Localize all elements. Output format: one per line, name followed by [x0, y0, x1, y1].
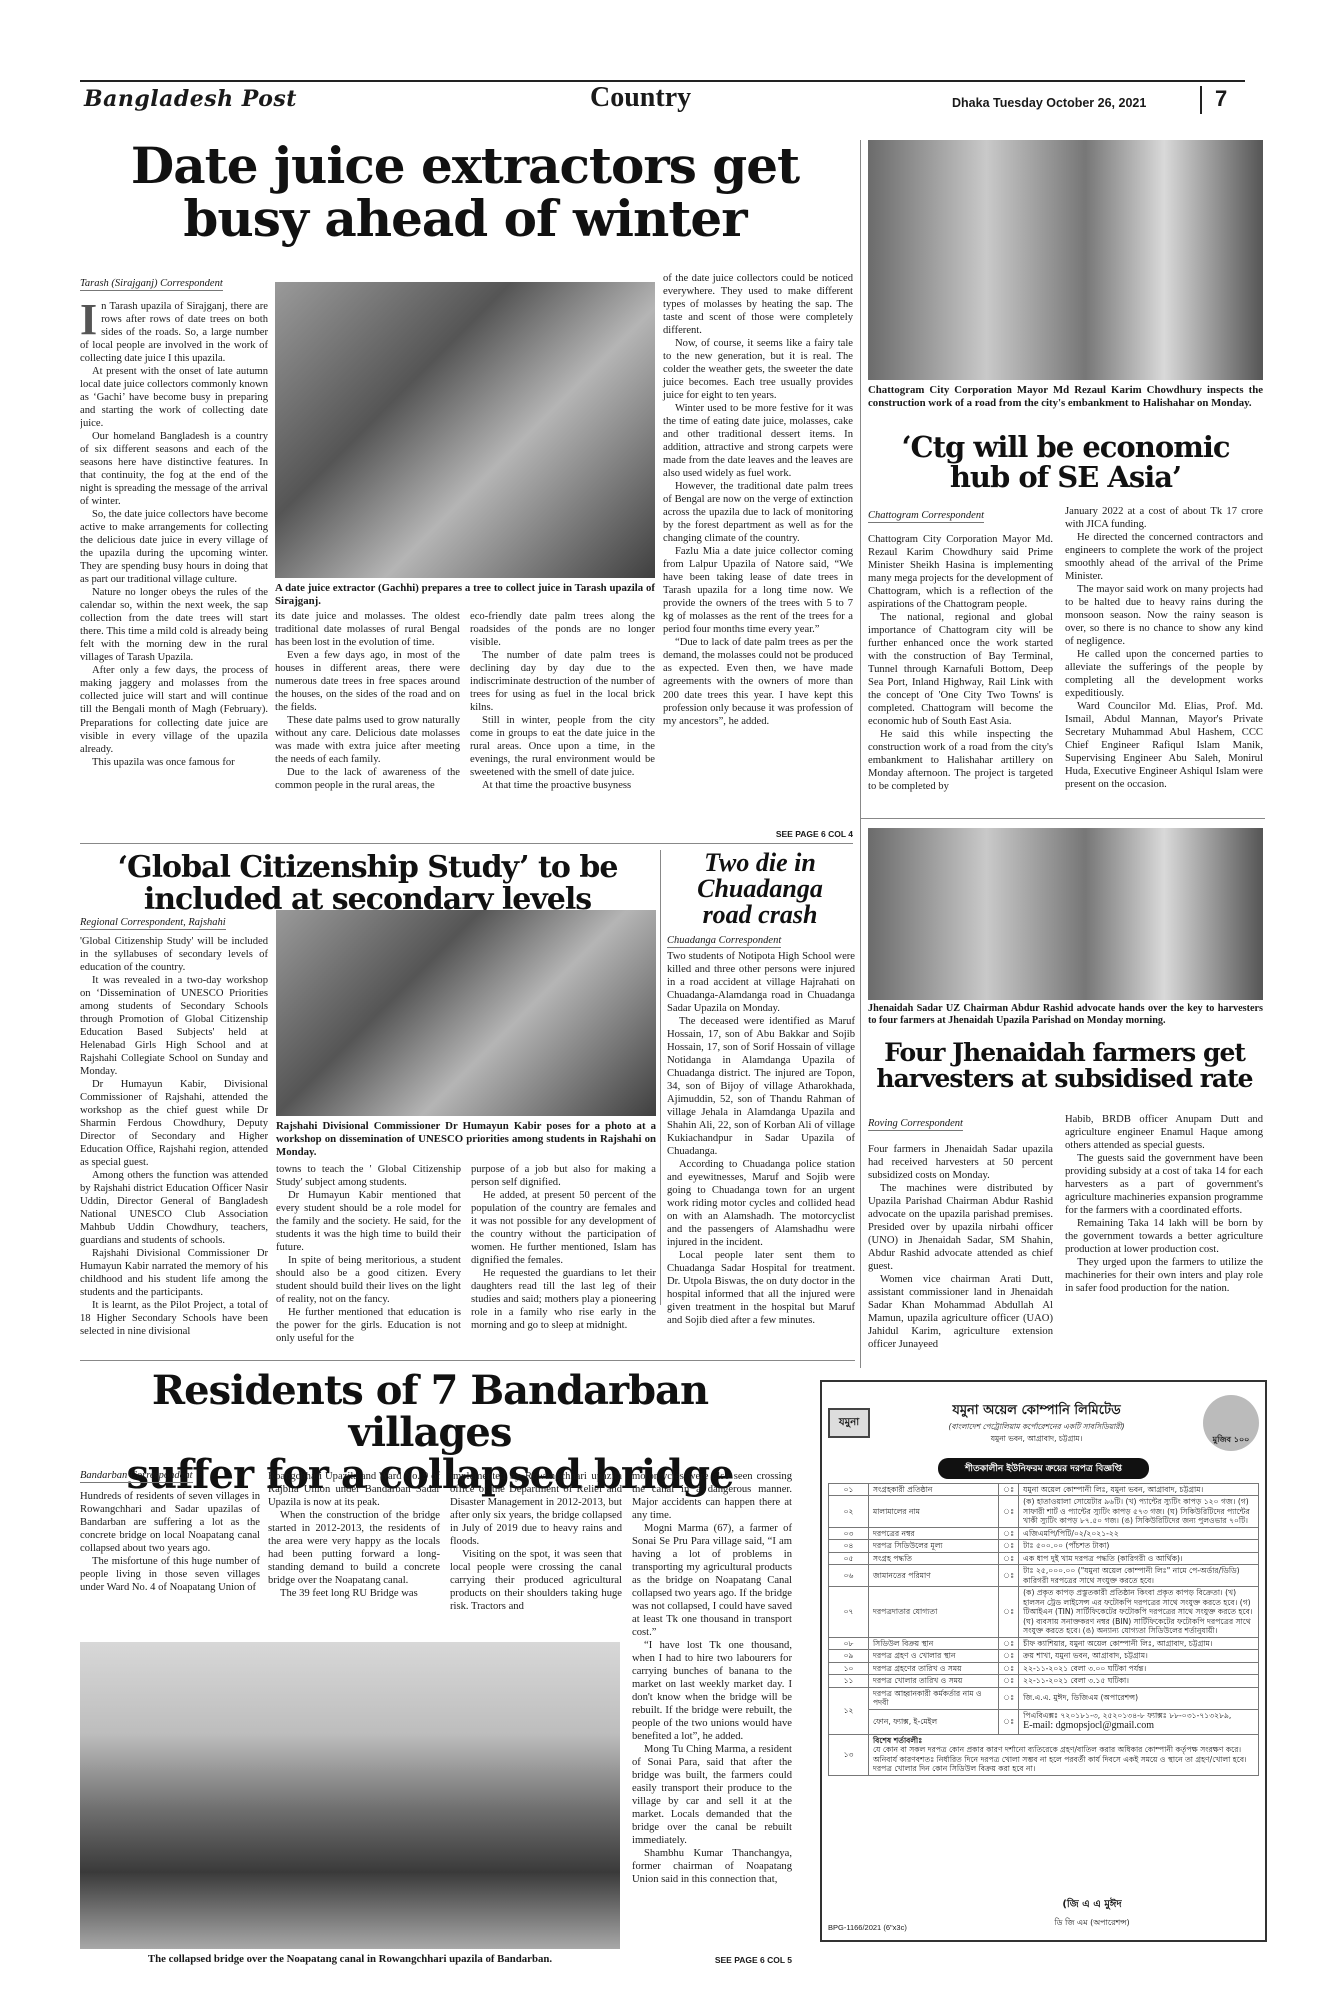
- story3-column-1: 'Global Citizenship Study' will be inclu…: [80, 935, 268, 1338]
- story6-photo-caption: The collapsed bridge over the Noapatang …: [80, 1953, 620, 1966]
- paragraph: At that time the proactive busyness: [470, 779, 655, 792]
- table-row: ০৬জামানতের পরিমাণঃটাঃ ২৫,০০০.০০ ("যমুনা …: [829, 1565, 1259, 1587]
- byline: Chuadanga Correspondent: [667, 935, 781, 948]
- row-number: ০৪: [829, 1540, 869, 1552]
- story4-byline-wrap: Chuadanga Correspondent: [667, 930, 781, 948]
- dateline: Dhaka Tuesday October 26, 2021: [952, 96, 1146, 110]
- paragraph: eco-friendly date palm trees along the r…: [470, 610, 655, 649]
- row-number: ০২: [829, 1496, 869, 1527]
- signature-name: (জি এ এ মুঈদ: [992, 1897, 1192, 1914]
- headline-line: Residents of 7 Bandarban villages: [80, 1370, 780, 1454]
- table-row: ১২দরপত্র আহ্বানকারী কর্মকর্তার নাম ও পদব…: [829, 1687, 1259, 1709]
- paragraph: towns to teach the ' Global Citizenship …: [276, 1163, 461, 1189]
- paragraph: Due to the lack of awareness of the comm…: [275, 766, 460, 792]
- paragraph: He requested the guardians to let their …: [471, 1267, 656, 1332]
- unesco-workshop-photo: [276, 910, 656, 1116]
- ad-reference: BPG-1166/2021 (6"x3c): [828, 1923, 907, 1932]
- paragraph: its date juice and molasses. The oldest …: [275, 610, 460, 649]
- paragraph: Now, of course, it seems like a fairy ta…: [663, 337, 853, 402]
- paragraph: Four farmers in Jhenaidah Sadar upazila …: [868, 1143, 1053, 1182]
- collapsed-bridge-photo: [80, 1642, 620, 1949]
- story6-column-1: Hundreds of residents of seven villages …: [80, 1490, 260, 1594]
- story3-byline-wrap: Regional Correspondent, Rajshahi: [80, 912, 226, 930]
- paragraph: Nature no longer obeys the rules of the …: [80, 586, 268, 664]
- paragraph: Ward Councilor Md. Elias, Prof. Md. Isma…: [1065, 700, 1263, 791]
- story1-byline-wrap: Tarash (Sirajganj) Correspondent: [80, 273, 223, 291]
- newspaper-logo: Bangladesh Post: [84, 86, 297, 112]
- story3-column-2: towns to teach the ' Global Citizenship …: [276, 1163, 461, 1345]
- divider: [860, 818, 1265, 819]
- paragraph: Hundreds of residents of seven villages …: [80, 1490, 260, 1555]
- table-row: ১১দরপত্র খোলার তারিখ ও সময়ঃ২২-১১-২০২১ ব…: [829, 1675, 1259, 1687]
- headline-line: harvesters at subsidised rate: [862, 1066, 1267, 1092]
- row-value: ক্রয় শাখা, যমুনা ভবন, আগ্রাবাদ, চট্টগ্র…: [1019, 1650, 1259, 1662]
- tender-title: শীতকালীন ইউনিফরম ক্রয়ের দরপত্র বিজ্ঞপ্ত…: [938, 1458, 1149, 1479]
- table-row: ০২মালামালের নামঃ(ক) হাতাওয়ালা সোয়েটার …: [829, 1496, 1259, 1527]
- paragraph: The 39 feet long RU Bridge was: [268, 1587, 440, 1600]
- row-number: ০৭: [829, 1587, 869, 1637]
- row-label: সংগ্রহকারী প্রতিষ্ঠান: [869, 1484, 999, 1496]
- row-label: দরপত্র গ্রহণের তারিখ ও সময়: [869, 1662, 999, 1674]
- paragraph: Rajshahi Divisional Commissioner Dr Huma…: [80, 1247, 268, 1299]
- paragraph: implemented by Rowangchhari upazila offi…: [450, 1470, 622, 1548]
- story6-continuation-link[interactable]: SEE PAGE 6 COL 5: [632, 1955, 792, 1965]
- headline-line: Two die in: [665, 850, 855, 876]
- headline-line: hub of SE Asia’: [868, 462, 1263, 492]
- paragraph: n Tarash upazila of Sirajganj, there are…: [80, 300, 268, 365]
- column-divider: [860, 828, 861, 1368]
- row-number: ১২: [829, 1687, 869, 1734]
- paragraph: It was revealed in a two-day workshop on…: [80, 974, 268, 1078]
- paragraph: They urged upon the farmers to utilize t…: [1065, 1256, 1263, 1295]
- paragraph: “I have lost Tk one thousand, when I had…: [632, 1639, 792, 1743]
- story1-column-1: I n Tarash upazila of Sirajganj, there a…: [80, 300, 268, 840]
- story3-photo-caption: Rajshahi Divisional Commissioner Dr Huma…: [276, 1120, 656, 1159]
- row-value: এজিএমপি/পিটি/০২/২০২১-২২: [1019, 1527, 1259, 1539]
- byline: Chattogram Correspondent: [868, 510, 984, 523]
- paragraph: These date palms used to grow naturally …: [275, 714, 460, 766]
- row-number: ০৩: [829, 1527, 869, 1539]
- paragraph: The deceased were identified as Maruf Ho…: [667, 1015, 855, 1158]
- row-value: ২২-১১-২০২১ বেলা ৩.১৫ ঘটিকা।: [1019, 1675, 1259, 1687]
- story1-photo-caption: A date juice extractor (Gachhi) prepares…: [275, 582, 655, 608]
- headline-line: Chuadanga: [665, 876, 855, 902]
- column-divider: [660, 850, 661, 1305]
- paragraph: Among others the function was attended b…: [80, 1169, 268, 1247]
- row-separator: ঃ: [999, 1484, 1019, 1496]
- story6-column-3: implemented by Rowangchhari upazila offi…: [450, 1470, 622, 1613]
- tender-notice-ad: যমুনা যমুনা অয়েল কোম্পানি লিমিটেড (বাংল…: [820, 1380, 1267, 1942]
- phone-fax: পিএবিএক্সঃ ৭২০১৮১-৩, ২৫২০১৩৪-৮ ফ্যাক্সঃ …: [1023, 1711, 1254, 1720]
- headline-line: Date juice extractors get: [80, 140, 850, 193]
- table-row: ০১সংগ্রহকারী প্রতিষ্ঠানঃযমুনা অয়েল কোম্…: [829, 1484, 1259, 1496]
- story6-byline-wrap: Bandarban Correspondent: [80, 1465, 193, 1483]
- paragraph: Dr Humayun Kabir, Divisional Commissione…: [80, 1078, 268, 1169]
- column-divider: [860, 140, 861, 835]
- story2-column-1: Chattogram City Corporation Mayor Md. Re…: [868, 533, 1053, 793]
- story5-column-1: Four farmers in Jhenaidah Sadar upazila …: [868, 1143, 1053, 1351]
- paragraph: The misfortune of this huge number of pe…: [80, 1555, 260, 1594]
- paragraph: In spite of being meritorious, a student…: [276, 1254, 461, 1306]
- paragraph: Two students of Notipota High School wer…: [667, 950, 855, 1015]
- row-separator: ঃ: [999, 1650, 1019, 1662]
- divider: [80, 1360, 855, 1361]
- paragraph: “Due to lack of date palm trees as per t…: [663, 636, 853, 727]
- paragraph: However, the traditional date palm trees…: [663, 480, 853, 545]
- row-separator: ঃ: [999, 1637, 1019, 1649]
- row-value: (ক) হাতাওয়ালা সোয়েটার ৯৬টি। (খ) প্যান্…: [1019, 1496, 1259, 1527]
- headline-line: road crash: [665, 902, 855, 928]
- company-address: যমুনা ভবন, আগ্রাবাদ, চট্টগ্রাম।: [870, 1434, 1203, 1446]
- table-row: ১০দরপত্র গ্রহণের তারিখ ও সময়ঃ২২-১১-২০২১…: [829, 1662, 1259, 1674]
- paragraph: Visiting on the spot, it was seen that l…: [450, 1548, 622, 1613]
- byline: Bandarban Correspondent: [80, 1470, 193, 1483]
- company-subtitle: (বাংলাদেশ পেট্রোলিয়াম কর্পোরেশনের একটি …: [870, 1422, 1203, 1434]
- row-label: দরপত্রদাতার যোগ্যতা: [869, 1587, 999, 1637]
- table-row: ১৩বিশেষ শর্তাবলীঃযে কোন বা সকল দরপত্র কো…: [829, 1734, 1259, 1775]
- harvester-handover-photo: [868, 828, 1263, 1000]
- company-name: যমুনা অয়েল কোম্পানি লিমিটেড: [870, 1401, 1203, 1422]
- row-label: সিডিউল বিক্রয় স্থান: [869, 1637, 999, 1649]
- paragraph: At present with the onset of late autumn…: [80, 365, 268, 430]
- paragraph: The guests said the government have been…: [1065, 1152, 1263, 1217]
- row-number: ১০: [829, 1662, 869, 1674]
- row-value: পিএবিএক্সঃ ৭২০১৮১-৩, ২৫২০১৩৪-৮ ফ্যাক্সঃ …: [1019, 1709, 1259, 1734]
- row-label: সংগ্রহ পদ্ধতি: [869, 1552, 999, 1564]
- row-label: জামানতের পরিমাণ: [869, 1565, 999, 1587]
- paragraph: Even a few days ago, in most of the hous…: [275, 649, 460, 714]
- row-label: দরপত্র গ্রহণ ও খোলার স্থান: [869, 1650, 999, 1662]
- headline-line: Four Jhenaidah farmers get: [862, 1040, 1267, 1066]
- paragraph: After only a few days, the process of ma…: [80, 664, 268, 755]
- row-number: ০৮: [829, 1637, 869, 1649]
- row-separator: ঃ: [999, 1687, 1019, 1709]
- paragraph: Mogni Marma (67), a farmer of Sonai Se P…: [632, 1522, 792, 1639]
- paragraph: 'Global Citizenship Study' will be inclu…: [80, 935, 268, 974]
- story5-photo-caption: Jhenaidah Sadar UZ Chairman Abdur Rashid…: [868, 1003, 1263, 1027]
- row-label: দরপত্রের নম্বর: [869, 1527, 999, 1539]
- table-row: ০৫সংগ্রহ পদ্ধতিঃএক ধাপ দুই খাম দরপত্র পদ…: [829, 1552, 1259, 1564]
- table-row: ০৭দরপত্রদাতার যোগ্যতাঃ(ক) প্রকৃত কাপড় প…: [829, 1587, 1259, 1637]
- paragraph: When the construction of the bridge star…: [268, 1509, 440, 1587]
- paragraph: This upazila was once famous for: [80, 756, 268, 769]
- table-row: ০৮সিডিউল বিক্রয় স্থানঃচীফ ক্যাশিয়ার, য…: [829, 1637, 1259, 1649]
- story4-headline: Two die in Chuadanga road crash: [665, 850, 855, 928]
- paragraph: The mayor said work on many projects had…: [1065, 583, 1263, 648]
- story1-continuation-link[interactable]: SEE PAGE 6 COL 4: [663, 829, 853, 839]
- paragraph: Women vice chairman Arati Dutt, assistan…: [868, 1273, 1053, 1351]
- row-value: এক ধাপ দুই খাম দরপত্র পদ্ধতি (কারিগরী ও …: [1019, 1552, 1259, 1564]
- row-separator: ঃ: [999, 1496, 1019, 1527]
- paragraph: He further mentioned that education is t…: [276, 1306, 461, 1345]
- byline: Tarash (Sirajganj) Correspondent: [80, 278, 223, 291]
- paragraph: The number of date palm trees is declini…: [470, 649, 655, 714]
- story4-column-1: Two students of Notipota High School wer…: [667, 950, 855, 1327]
- paragraph: Winter used to be more festive for it wa…: [663, 402, 853, 480]
- paragraph: Our homeland Bangladesh is a country of …: [80, 430, 268, 508]
- row-value: চীফ ক্যাশিয়ার, যমুনা অয়েল কোম্পানী লিঃ…: [1019, 1637, 1259, 1649]
- story1-headline: Date juice extractors get busy ahead of …: [80, 140, 850, 245]
- story2-photo-caption: Chattogram City Corporation Mayor Md Rez…: [868, 384, 1263, 410]
- table-row: ফোন, ফ্যাক্স, ই-মেইলঃপিএবিএক্সঃ ৭২০১৮১-৩…: [829, 1709, 1259, 1734]
- paragraph: January 2022 at a cost of about Tk 17 cr…: [1065, 505, 1263, 531]
- tender-table: ০১সংগ্রহকারী প্রতিষ্ঠানঃযমুনা অয়েল কোম্…: [828, 1483, 1259, 1776]
- table-row: ০৩দরপত্রের নম্বরঃএজিএমপি/পিটি/০২/২০২১-২২: [829, 1527, 1259, 1539]
- paragraph: He called upon the concerned parties to …: [1065, 648, 1263, 700]
- divider: [80, 843, 853, 844]
- row-separator: ঃ: [999, 1552, 1019, 1564]
- paragraph: He added, at present 50 percent of the p…: [471, 1189, 656, 1267]
- special-terms-label: বিশেষ শর্তাবলীঃ: [873, 1736, 1254, 1745]
- story2-byline-wrap: Chattogram Correspondent: [868, 505, 984, 523]
- paragraph: It is learnt, as the Pilot Project, a to…: [80, 1299, 268, 1338]
- mujib-100-emblem: মুজিব ১০০: [1203, 1395, 1259, 1451]
- special-terms-text: যে কোন বা সকল দরপত্র কোন প্রকার কারণ দর্…: [873, 1745, 1254, 1773]
- story3-column-3: purpose of a job but also for making a p…: [471, 1163, 656, 1332]
- page-number-divider: [1200, 86, 1202, 114]
- paragraph: motorcycles were also seen crossing the …: [632, 1470, 792, 1522]
- paragraph: of the date juice collectors could be no…: [663, 272, 853, 337]
- paragraph: So, the date juice collectors have becom…: [80, 508, 268, 586]
- paragraph: Mong Tu Ching Marma, a resident of Sonai…: [632, 1743, 792, 1847]
- row-value: (ক) প্রকৃত কাপড় প্রস্তুতকারী প্রতিষ্ঠান…: [1019, 1587, 1259, 1637]
- paragraph: The machines were distributed by Upazila…: [868, 1182, 1053, 1273]
- paragraph: Local people later sent them to Chuadang…: [667, 1249, 855, 1327]
- row-label: মালামালের নাম: [869, 1496, 999, 1527]
- table-row: ০৯দরপত্র গ্রহণ ও খোলার স্থানঃক্রয় শাখা,…: [829, 1650, 1259, 1662]
- paragraph: Dr Humayun Kabir mentioned that every st…: [276, 1189, 461, 1254]
- story5-column-2: Habib, BRDB officer Anupam Dutt and agri…: [1065, 1113, 1263, 1295]
- row-number: ০৫: [829, 1552, 869, 1564]
- paragraph: Still in winter, people from the city co…: [470, 714, 655, 779]
- row-separator: ঃ: [999, 1565, 1019, 1587]
- row-label: ফোন, ফ্যাক্স, ই-মেইল: [869, 1709, 999, 1734]
- paragraph: The national, regional and global import…: [868, 611, 1053, 728]
- story2-column-2: January 2022 at a cost of about Tk 17 cr…: [1065, 505, 1263, 791]
- jamuna-logo: যমুনা: [828, 1408, 870, 1438]
- row-value: বিশেষ শর্তাবলীঃযে কোন বা সকল দরপত্র কোন …: [869, 1734, 1259, 1775]
- story6-column-2: Roangchhari Upazila and Ward No. 9 of Ra…: [268, 1470, 440, 1600]
- row-value: টাঃ ২৫,০০০.০০ ("যমুনা অয়েল কোম্পানী লিঃ…: [1019, 1565, 1259, 1587]
- row-number: ০৯: [829, 1650, 869, 1662]
- paragraph: He said this while inspecting the constr…: [868, 728, 1053, 793]
- row-label: দরপত্র আহ্বানকারী কর্মকর্তার নাম ও পদবী: [869, 1687, 999, 1709]
- row-value: যমুনা অয়েল কোম্পানী লিঃ, যমুনা ভবন, আগ্…: [1019, 1484, 1259, 1496]
- story2-headline: ‘Ctg will be economic hub of SE Asia’: [868, 432, 1263, 493]
- row-value: জি.এ.এ. মুঈদ, ডিজিএম (অপারেশন্স): [1019, 1687, 1259, 1709]
- headline-line: busy ahead of winter: [80, 193, 850, 246]
- mayor-inspection-photo: [868, 140, 1263, 380]
- row-label: দরপত্র খোলার তারিখ ও সময়: [869, 1675, 999, 1687]
- date-juice-extractor-photo: [275, 282, 655, 578]
- row-separator: ঃ: [999, 1709, 1019, 1734]
- section-title: Country: [590, 82, 691, 114]
- story3-headline: ‘Global Citizenship Study’ to be include…: [80, 852, 655, 915]
- story1-column-4: of the date juice collectors could be no…: [663, 272, 853, 728]
- story5-byline-wrap: Roving Correspondent: [868, 1113, 963, 1131]
- paragraph: Remaining Taka 14 lakh will be born by t…: [1065, 1217, 1263, 1256]
- story1-column-3: eco-friendly date palm trees along the r…: [470, 610, 655, 792]
- row-separator: ঃ: [999, 1540, 1019, 1552]
- story1-column-2: its date juice and molasses. The oldest …: [275, 610, 460, 792]
- row-separator: ঃ: [999, 1527, 1019, 1539]
- page-number: 7: [1215, 86, 1227, 112]
- paragraph: Shambhu Kumar Thanchangya, former chairm…: [632, 1847, 792, 1886]
- paragraph: Chattogram City Corporation Mayor Md. Re…: [868, 533, 1053, 611]
- table-row: ০৪দরপত্র সিডিউলের মূল্যঃটাঃ ৫০০.০০ (পাঁচ…: [829, 1540, 1259, 1552]
- drop-cap: I: [80, 302, 97, 338]
- paragraph: According to Chuadanga police station an…: [667, 1158, 855, 1249]
- byline: Regional Correspondent, Rajshahi: [80, 917, 226, 930]
- row-separator: ঃ: [999, 1587, 1019, 1637]
- byline: Roving Correspondent: [868, 1118, 963, 1131]
- row-separator: ঃ: [999, 1662, 1019, 1674]
- row-value: ২২-১১-২০২১ বেলা ৩.০০ ঘটিকা পর্যন্ত।: [1019, 1662, 1259, 1674]
- paragraph: Roangchhari Upazila and Ward No. 9 of Ra…: [268, 1470, 440, 1509]
- headline-line: ‘Global Citizenship Study’ to be: [80, 852, 655, 884]
- paragraph: purpose of a job but also for making a p…: [471, 1163, 656, 1189]
- story6-column-4: motorcycles were also seen crossing the …: [632, 1470, 792, 1887]
- story5-headline: Four Jhenaidah farmers get harvesters at…: [862, 1040, 1267, 1093]
- ad-header: যমুনা অয়েল কোম্পানি লিমিটেড (বাংলাদেশ প…: [870, 1401, 1203, 1446]
- paragraph: Habib, BRDB officer Anupam Dutt and agri…: [1065, 1113, 1263, 1152]
- row-label: দরপত্র সিডিউলের মূল্য: [869, 1540, 999, 1552]
- paragraph: Fazlu Mia a date juice collector coming …: [663, 545, 853, 636]
- row-number: ১৩: [829, 1734, 869, 1775]
- row-separator: ঃ: [999, 1675, 1019, 1687]
- paragraph: He directed the concerned contractors an…: [1065, 531, 1263, 583]
- row-number: ০১: [829, 1484, 869, 1496]
- row-number: ০৬: [829, 1565, 869, 1587]
- headline-line: ‘Ctg will be economic: [868, 432, 1263, 462]
- row-value: টাঃ ৫০০.০০ (পাঁচশত টাকা): [1019, 1540, 1259, 1552]
- row-number: ১১: [829, 1675, 869, 1687]
- signature-title: ডি জি এম (অপারেশন্স): [992, 1917, 1192, 1930]
- email-address[interactable]: E-mail: dgmopsjocl@gmail.com: [1023, 1720, 1254, 1733]
